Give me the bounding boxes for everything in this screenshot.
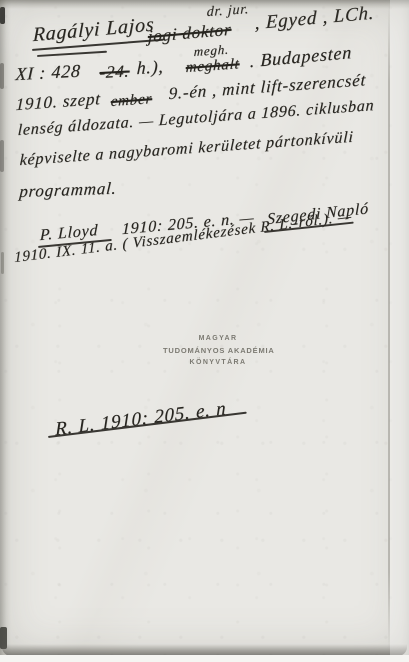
library-stamp: MAGYAR TUDOMÁNYOS AKADÉMIA KÖNYVTÁRA	[163, 333, 273, 369]
scan-edge-mark	[1, 252, 4, 274]
handwriting-fragment: R. L. 1910: 205. e. n	[55, 398, 227, 441]
scan-edge-mark	[0, 7, 5, 24]
scanbed-bottom	[0, 655, 409, 662]
scan-edge-mark	[0, 63, 4, 89]
scanbed-right	[390, 0, 409, 662]
handwriting-fragment: -24.	[99, 61, 130, 83]
handwriting-fragment: programmal.	[19, 179, 118, 202]
stamp-line: KÖNYVTÁRA	[163, 357, 273, 369]
handwriting-fragment: ember	[110, 91, 152, 111]
ink-stroke	[37, 51, 107, 57]
catalog-card: Ragályi Lajosjogi doktordr. jur., Egyed …	[0, 0, 409, 656]
handwriting-fragment: XI : 428	[15, 61, 81, 86]
handwriting-fragment: . Budapesten	[250, 42, 353, 72]
scan-edge-top	[0, 0, 409, 9]
handwriting-fragment: megh.	[193, 42, 229, 61]
handwriting-fragment: 1910. szept	[15, 89, 101, 115]
handwriting-layer: Ragályi Lajosjogi doktordr. jur., Egyed …	[0, 0, 409, 656]
scan-edge-left	[0, 0, 11, 656]
stamp-line: MAGYAR	[163, 333, 273, 345]
scan-edge-mark	[0, 140, 4, 172]
stamp-line: TUDOMÁNYOS AKADÉMIA	[163, 345, 273, 357]
handwriting-fragment: h.),	[136, 56, 164, 79]
